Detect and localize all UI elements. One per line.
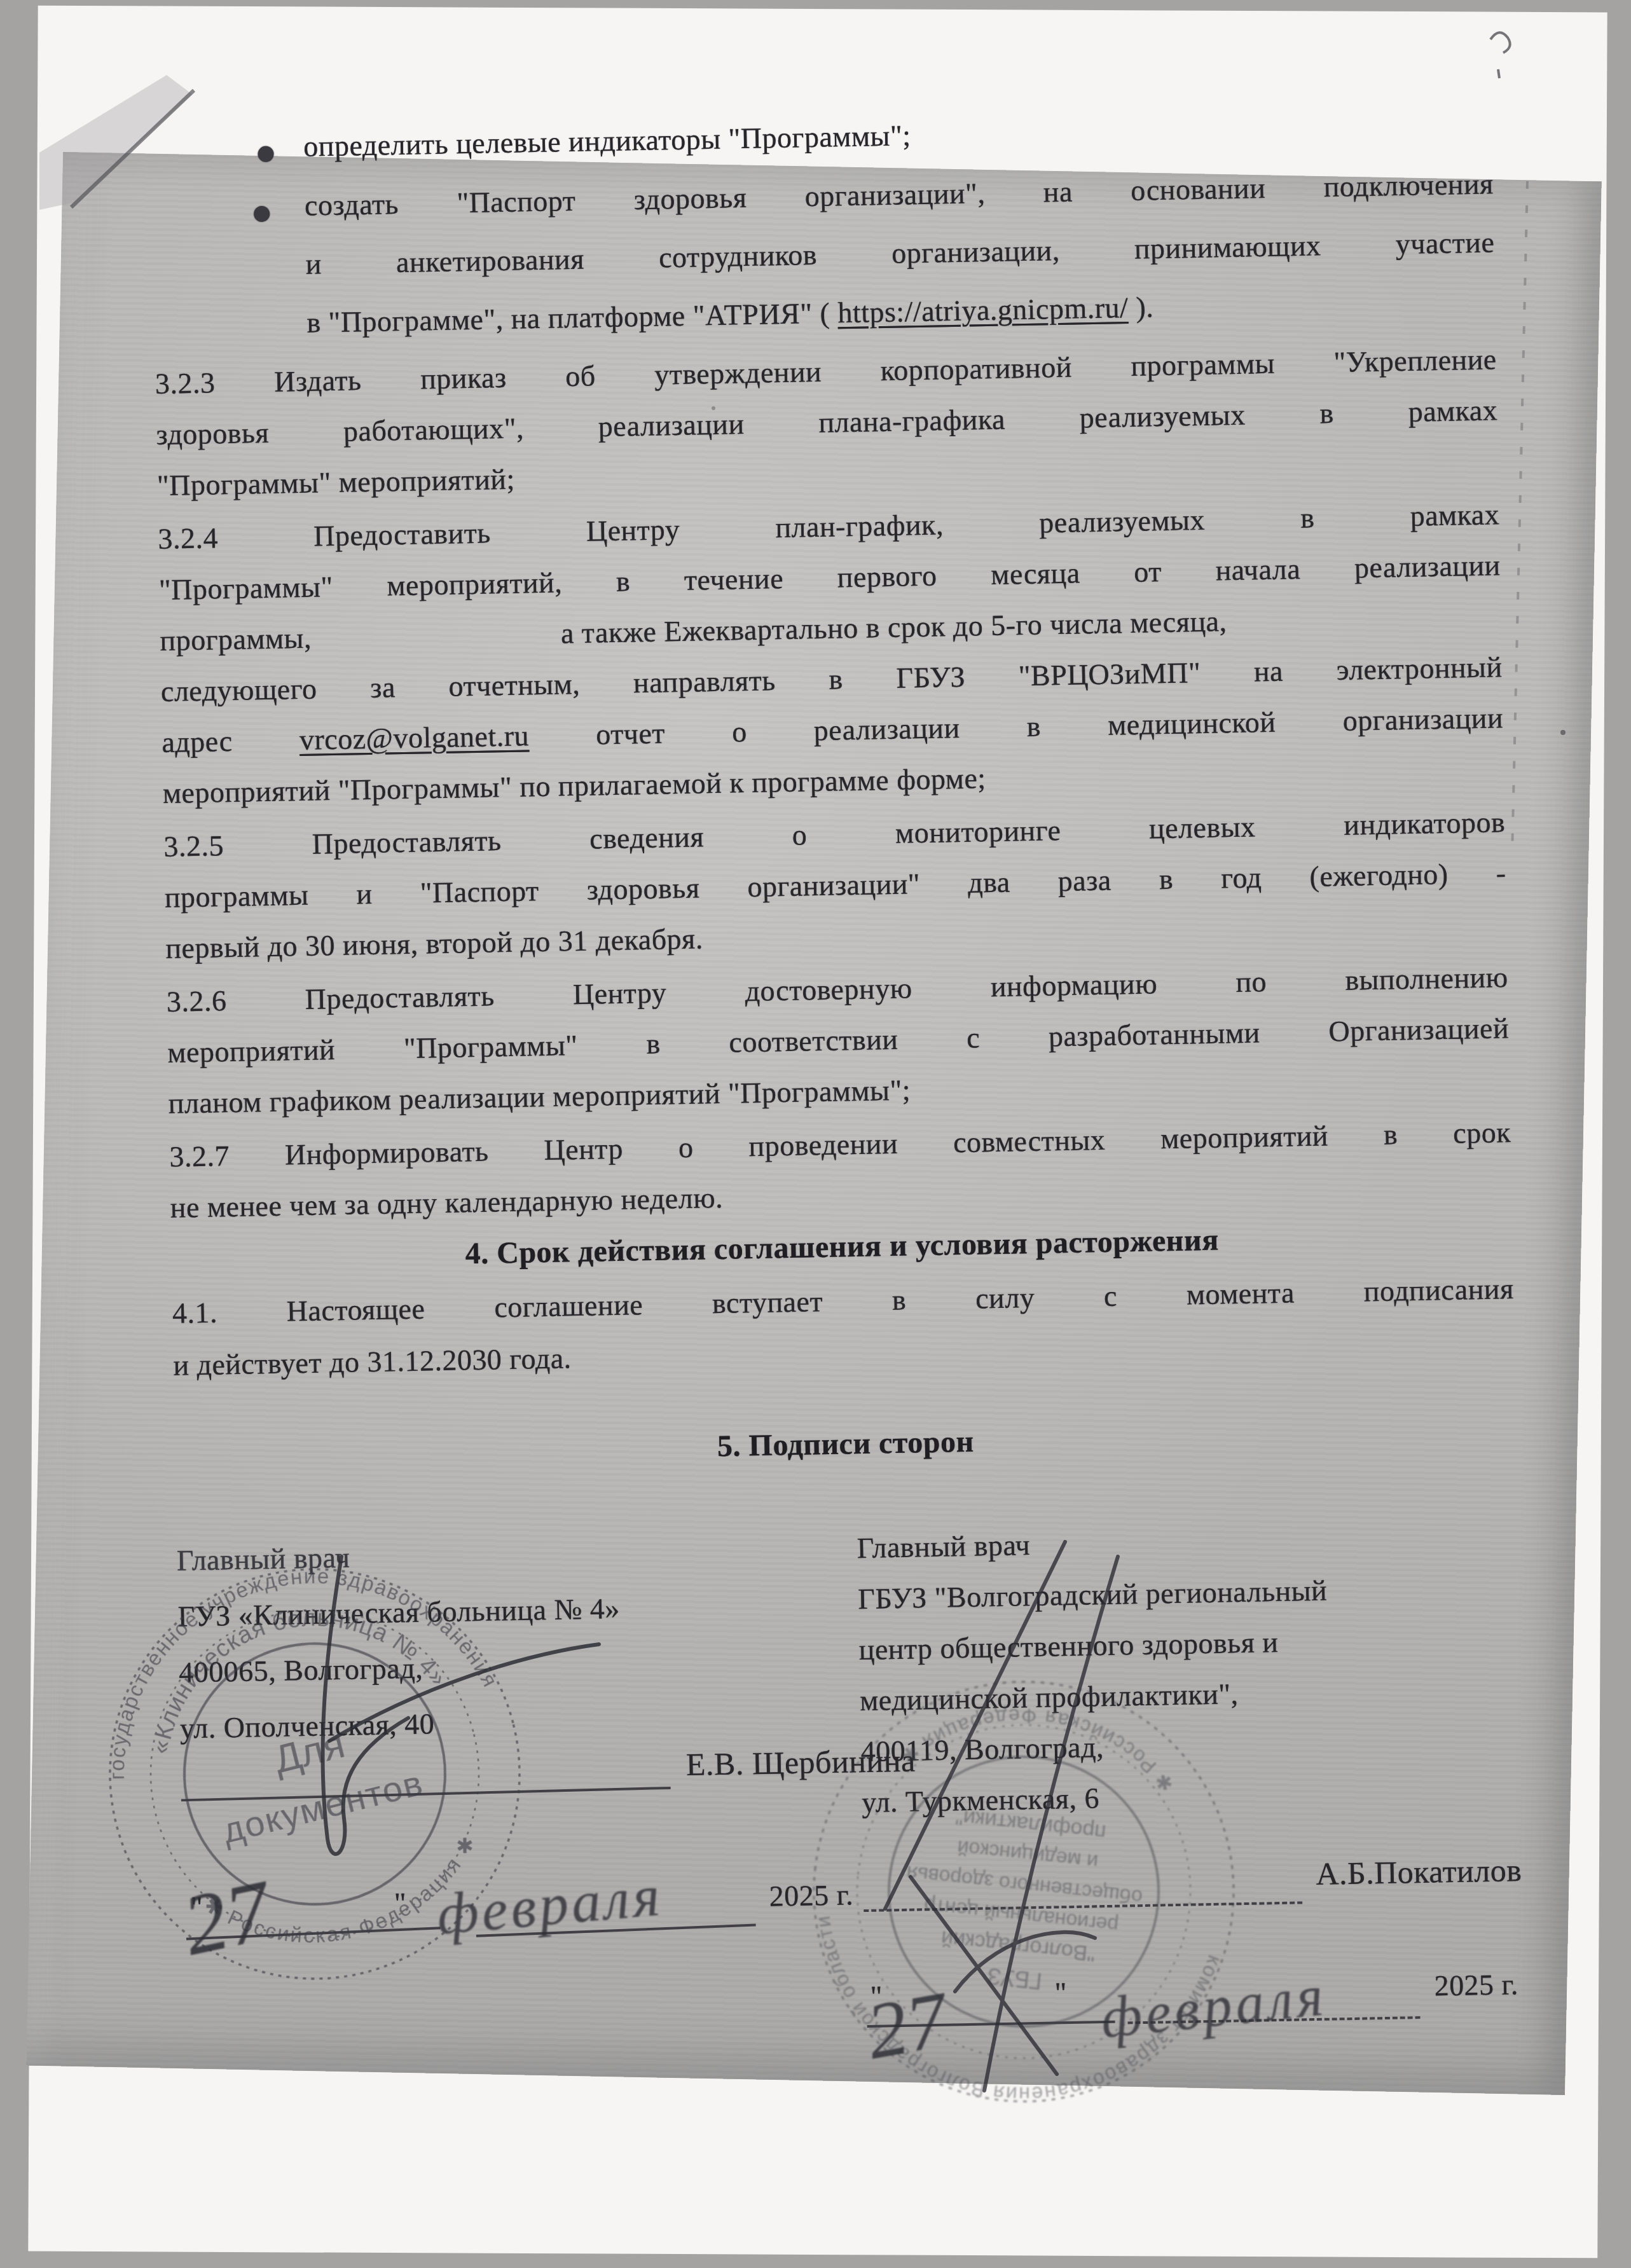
right-party-org: медицинской профилактики", [860,1675,1239,1719]
email-address: vrcoz@volganet.ru [299,719,529,756]
bullet-icon [254,206,270,222]
clause-3-2-5-line: программы и "Паспорт здоровья организаци… [164,855,1506,916]
right-party-org: центр общественного здоровья и [858,1624,1279,1668]
document-text: определить целевые индикаторы "Программы… [0,0,1631,2268]
clause-3-2-4-line: 3.2.4 Предоставить Центру план-график, р… [158,496,1500,558]
clause-3-2-4-line: мероприятий "Программы" по прилагаемой к… [162,760,986,812]
right-date-open-quote: " [870,1979,883,2013]
section-5-heading: 5. Подписи сторон [174,1414,1517,1474]
clause-3-2-6-line: 3.2.6 Предоставлять Центру достоверную и… [166,959,1508,1021]
left-date-year: 2025 г. [769,1878,853,1913]
clause-text: программы, [160,622,312,657]
platform-text: в "Программе", на платформе "АТРИЯ" ( [306,296,838,338]
clause-3-2-4-line: "Программы" мероприятий, в течение перво… [159,547,1501,608]
right-party-org: ГБУЗ "Волгоградский региональный [858,1572,1328,1618]
clause-3-2-3-line: "Программы" мероприятий; [156,461,515,504]
right-date-close-quote: " [1054,1976,1067,2009]
clause-text: отчет о реализации в медицинской организ… [529,701,1504,752]
right-date-day-line [867,2021,1115,2028]
left-date-open-quote: " [191,1890,203,1923]
bullet-item-line: и анкетирования сотрудников организации,… [305,224,1495,282]
left-date-month-line [476,1924,756,1937]
right-signatory-name: А.Б.Покатилов [1316,1852,1522,1892]
clause-4-1-line: 4.1. Настоящее соглашение вступает в сил… [172,1270,1514,1332]
right-party-street: ул. Туркменская, 6 [862,1780,1100,1821]
clause-3-2-4-line: программы,а также Ежеквартально в срок д… [160,603,1227,659]
clause-4-1-line: и действует до 31.12.2030 года. [173,1340,572,1384]
clause-3-2-4-line: адрес vrcoz@volganet.ru отчет о реализац… [162,699,1504,761]
scanned-document: определить целевые индикаторы "Программы… [0,0,1631,2268]
bullet-item-line: создать "Паспорт здоровья организации", … [304,165,1494,224]
left-signatory-name: Е.В. Щербинина [685,1742,916,1783]
bullet-item-line: в "Программе", на платформе "АТРИЯ" ( ht… [306,289,1154,341]
atriya-url: https://atriya.gnicpm.ru/ [837,291,1129,329]
right-date-year: 2025 г. [1434,1967,1518,2002]
clause-text: а также Ежеквартально в срок до 5-го чис… [560,605,1227,649]
bullet-item: определить целевые индикаторы "Программы… [303,117,911,165]
clause-3-2-6-line: планом графиком реализации мероприятий "… [168,1071,911,1122]
platform-text-end: ). [1128,291,1154,324]
left-date-day-line [186,1927,441,1940]
clause-3-2-3-line: здоровья работающих", реализации плана-г… [156,392,1498,453]
left-signature-line [181,1787,671,1801]
section-4-heading: 4. Срок действия соглашения и условия ра… [171,1217,1513,1277]
clause-3-2-3-line: 3.2.3 Издать приказ об утверждении корпо… [155,341,1497,402]
left-party-street: ул. Ополченская, 40 [179,1705,434,1747]
left-party-city: 400065, Волгоград, [179,1650,423,1691]
clause-3-2-7-line: 3.2.7 Информировать Центр о проведении с… [169,1114,1511,1176]
clause-3-2-5-line: 3.2.5 Предоставлять сведения о мониторин… [163,804,1506,865]
typed-gap [312,643,561,647]
right-date-month-line [1128,2016,1421,2024]
clause-3-2-5-line: первый до 30 июня, второй до 31 декабря. [165,920,703,966]
bullet-icon [258,146,273,162]
clause-text: адрес [162,724,299,759]
left-party-org: ГУЗ «Клиническая больница № 4» [177,1590,620,1635]
clause-3-2-6-line: мероприятий "Программы" в соответствии с… [167,1010,1510,1071]
left-party-role: Главный врач [176,1539,350,1579]
right-party-role: Главный врач [857,1527,1030,1567]
left-date-close-quote: " [394,1886,406,1920]
clause-3-2-4-line: следующего за отчетным, направлять в ГБУ… [160,649,1503,710]
right-signature-line [864,1901,1302,1912]
clause-3-2-7-line: не менее чем за одну календарную неделю. [170,1179,723,1227]
